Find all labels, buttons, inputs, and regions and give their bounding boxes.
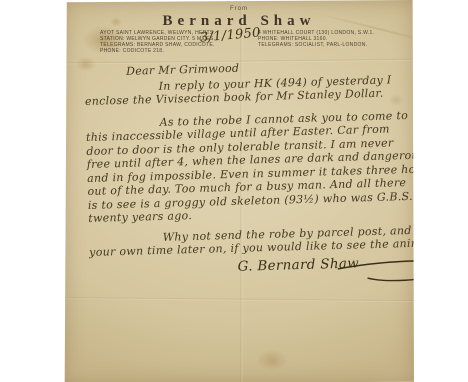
letterhead-from-label: From bbox=[64, 6, 414, 12]
letterhead-address-ayot: AYOT SAINT LAWRENCE, WELWYN, HERTS. STAT… bbox=[100, 30, 215, 54]
paragraph-2: As to the robe I cannot ask you to come … bbox=[85, 109, 398, 226]
signature-row: G. Bernard Shaw bbox=[90, 256, 400, 287]
letter-paper: From Bernard Shaw AYOT SAINT LAWRENCE, W… bbox=[64, 0, 414, 382]
letterhead-address-whitehall: 4 WHITEHALL COURT (130) LONDON, S.W.1. P… bbox=[258, 30, 374, 48]
address-line: TELEGRAMS: SOCIALIST, PARL-LONDON. bbox=[258, 42, 374, 48]
address-line: PHONE: CODICOTE 218. bbox=[100, 48, 215, 54]
letter-photograph: From Bernard Shaw AYOT SAINT LAWRENCE, W… bbox=[0, 0, 468, 382]
lower-fold-crease bbox=[64, 296, 414, 302]
paragraph-3: Why not send the robe by parcel post, an… bbox=[89, 224, 400, 260]
letter-body: Dear Mr Grimwood In reply to your HK (49… bbox=[84, 57, 400, 286]
signature-flourish-icon bbox=[338, 256, 457, 285]
